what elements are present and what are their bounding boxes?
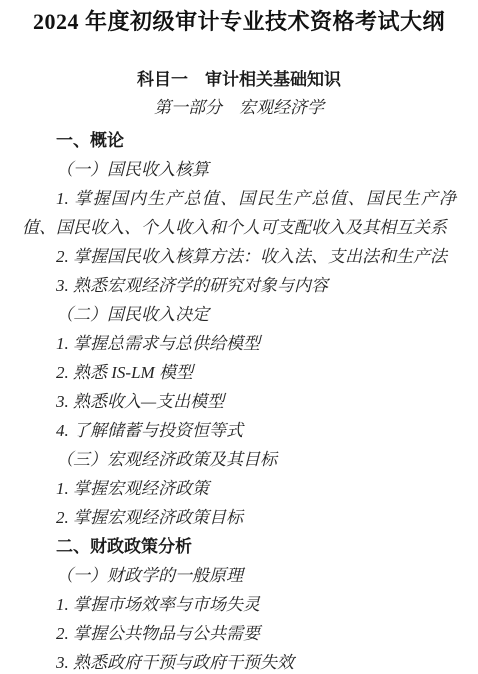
outline-item: 1. 掌握国内生产总值、国民生产总值、国民生产净值、国民收入、个人收入和个人可支… bbox=[22, 184, 456, 242]
document-page: 2024 年度初级审计专业技术资格考试大纲 科目一 审计相关基础知识 第一部分 … bbox=[0, 0, 478, 674]
part-heading: 第一部分 宏观经济学 bbox=[0, 95, 478, 121]
subsection-heading-1-2: （二）国民收入决定 bbox=[22, 300, 456, 329]
outline-item: 4. 了解储蓄与投资恒等式 bbox=[22, 416, 456, 445]
outline-item: 1. 掌握市场效率与市场失灵 bbox=[22, 590, 456, 619]
outline-item: 1. 掌握宏观经济政策 bbox=[22, 474, 456, 503]
subsection-heading-1-1: （一）国民收入核算 bbox=[22, 155, 456, 184]
outline-item: 2. 掌握公共物品与公共需要 bbox=[22, 619, 456, 648]
outline-item: 2. 熟悉 IS-LM 模型 bbox=[22, 358, 456, 387]
outline-item: 3. 熟悉政府干预与政府干预失效 bbox=[22, 648, 456, 674]
outline-body: 一、概论 （一）国民收入核算 1. 掌握国内生产总值、国民生产总值、国民生产净值… bbox=[0, 126, 478, 674]
document-title: 2024 年度初级审计专业技术资格考试大纲 bbox=[0, 0, 478, 38]
outline-item: 3. 熟悉收入—支出模型 bbox=[22, 387, 456, 416]
outline-item: 2. 掌握国民收入核算方法：收入法、支出法和生产法 bbox=[22, 242, 456, 271]
section-heading-1: 一、概论 bbox=[22, 126, 456, 155]
outline-item: 2. 掌握宏观经济政策目标 bbox=[22, 503, 456, 532]
outline-item: 1. 掌握总需求与总供给模型 bbox=[22, 329, 456, 358]
outline-item: 3. 熟悉宏观经济学的研究对象与内容 bbox=[22, 271, 456, 300]
subsection-heading-2-1: （一）财政学的一般原理 bbox=[22, 561, 456, 590]
subject-heading: 科目一 审计相关基础知识 bbox=[0, 67, 478, 93]
subsection-heading-1-3: （三）宏观经济政策及其目标 bbox=[22, 445, 456, 474]
section-heading-2: 二、财政政策分析 bbox=[22, 532, 456, 561]
